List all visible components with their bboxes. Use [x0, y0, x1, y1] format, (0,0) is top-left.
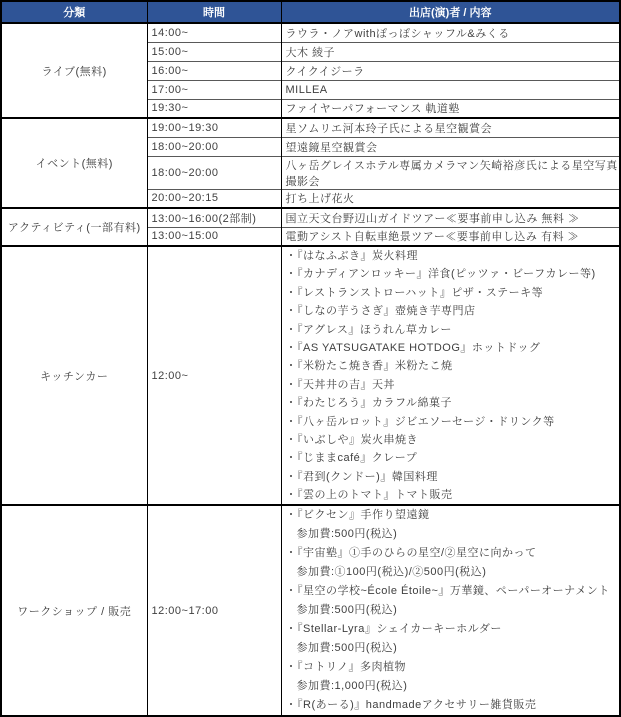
- item-line: ・『コトリノ』多肉植物: [286, 658, 620, 677]
- category-cell: ワークショップ / 販売: [1, 505, 147, 716]
- item-line: ・『Stellar-Lyra』シェイカーキーホルダー: [286, 620, 620, 639]
- time-cell: 12:00~: [147, 246, 281, 505]
- category-cell: イベント(無料): [1, 118, 147, 208]
- item-line: ・『しなの芋うさぎ』壺焼き芋専門店: [286, 302, 620, 320]
- content-cell: 大木 綾子: [281, 42, 620, 61]
- content-cell: 打ち上げ花火: [281, 189, 620, 208]
- category-cell: アクティビティ(一部有料): [1, 208, 147, 246]
- fee-line: 参加費:500円(税込): [286, 601, 620, 620]
- item-line: ・『カナディアンロッキー』洋食(ピッツァ・ビーフカレー等): [286, 265, 620, 283]
- time-cell: 18:00~20:00: [147, 137, 281, 156]
- table-header-row: 分類 時間 出店(演)者 / 内容: [1, 1, 620, 23]
- time-cell: 18:00~20:00: [147, 156, 281, 189]
- section: イベント(無料)19:00~19:30星ソムリエ河本玲子氏による星空観賞会18:…: [1, 118, 620, 208]
- table-row: ライブ(無料)14:00~ラウラ・ノアwithぽっぽシャッフル&みくる: [1, 23, 620, 42]
- item-line: ・『君到(クンドー)』韓国料理: [286, 468, 620, 486]
- time-cell: 14:00~: [147, 23, 281, 42]
- table-row: アクティビティ(一部有料)13:00~16:00(2部制)国立天文台野辺山ガイド…: [1, 208, 620, 227]
- item-line: ・『いぶしや』炭火串焼き: [286, 431, 620, 449]
- section: アクティビティ(一部有料)13:00~16:00(2部制)国立天文台野辺山ガイド…: [1, 208, 620, 246]
- content-cell: ファイヤーパフォーマンス 軌道塾: [281, 99, 620, 118]
- item-line: ・『星空の学校~École Étoile~』万華鏡、ペーパーオーナメント: [286, 582, 620, 601]
- table-row: キッチンカー12:00~・『はなふぶき』炭火料理・『カナディアンロッキー』洋食(…: [1, 246, 620, 505]
- item-line: ・『雲の上のトマト』トマト販売: [286, 486, 620, 504]
- schedule-table: 分類 時間 出店(演)者 / 内容 ライブ(無料)14:00~ラウラ・ノアwit…: [0, 0, 621, 717]
- content-cell: MILLEA: [281, 80, 620, 99]
- table-row: ワークショップ / 販売12:00~17:00・『ビクセン』手作り望遠鏡参加費:…: [1, 505, 620, 716]
- item-line: ・『天丼井の吉』天丼: [286, 376, 620, 394]
- header-category: 分類: [1, 1, 147, 23]
- item-line: ・『わたじろう』カラフル綿菓子: [286, 394, 620, 412]
- content-cell: 国立天文台野辺山ガイドツアー≪要事前申し込み 無料 ≫: [281, 208, 620, 227]
- header-time: 時間: [147, 1, 281, 23]
- category-cell: ライブ(無料): [1, 23, 147, 118]
- time-cell: 19:30~: [147, 99, 281, 118]
- fee-line: 参加費:500円(税込): [286, 639, 620, 658]
- category-cell: キッチンカー: [1, 246, 147, 505]
- time-cell: 15:00~: [147, 42, 281, 61]
- table-row: イベント(無料)19:00~19:30星ソムリエ河本玲子氏による星空観賞会: [1, 118, 620, 137]
- content-cell: 望遠鏡星空観賞会: [281, 137, 620, 156]
- item-line: ・『宇宙塾』①手のひらの星空/②星空に向かって: [286, 544, 620, 563]
- content-cell: 星ソムリエ河本玲子氏による星空観賞会: [281, 118, 620, 137]
- item-line: ・『八ヶ岳ルロット』ジビエソーセージ・ドリンク等: [286, 413, 620, 431]
- section: キッチンカー12:00~・『はなふぶき』炭火料理・『カナディアンロッキー』洋食(…: [1, 246, 620, 505]
- item-line: ・『アグレス』ほうれん草カレー: [286, 321, 620, 339]
- content-cell: ・『はなふぶき』炭火料理・『カナディアンロッキー』洋食(ピッツァ・ビーフカレー等…: [281, 246, 620, 505]
- item-line: ・『米粉たこ焼き香』米粉たこ焼: [286, 357, 620, 375]
- section: ライブ(無料)14:00~ラウラ・ノアwithぽっぽシャッフル&みくる15:00…: [1, 23, 620, 118]
- time-cell: 19:00~19:30: [147, 118, 281, 137]
- event-schedule-page: 分類 時間 出店(演)者 / 内容 ライブ(無料)14:00~ラウラ・ノアwit…: [0, 0, 621, 717]
- item-line: ・『レストランストローハット』ピザ・ステーキ等: [286, 284, 620, 302]
- time-cell: 20:00~20:15: [147, 189, 281, 208]
- fee-line: 参加費:1,000円(税込): [286, 677, 620, 696]
- item-line: ・『ビクセン』手作り望遠鏡: [286, 506, 620, 525]
- content-cell: 電動アシスト自転車絶景ツアー≪要事前申し込み 有料 ≫: [281, 227, 620, 246]
- item-line: ・『はなふぶき』炭火料理: [286, 247, 620, 265]
- time-cell: 12:00~17:00: [147, 505, 281, 716]
- content-cell: ラウラ・ノアwithぽっぽシャッフル&みくる: [281, 23, 620, 42]
- fee-line: 参加費:500円(税込): [286, 525, 620, 544]
- item-line: ・『じままcafé』クレープ: [286, 449, 620, 467]
- time-cell: 13:00~15:00: [147, 227, 281, 246]
- item-line: ・『R(あーる)』handmadeアクセサリー雑貨販売: [286, 696, 620, 715]
- content-cell: ・『ビクセン』手作り望遠鏡参加費:500円(税込)・『宇宙塾』①手のひらの星空/…: [281, 505, 620, 716]
- header-content: 出店(演)者 / 内容: [281, 1, 620, 23]
- time-cell: 13:00~16:00(2部制): [147, 208, 281, 227]
- section: ワークショップ / 販売12:00~17:00・『ビクセン』手作り望遠鏡参加費:…: [1, 505, 620, 716]
- content-cell: クイクイジーラ: [281, 61, 620, 80]
- item-line: ・『AS YATSUGATAKE HOTDOG』ホットドッグ: [286, 339, 620, 357]
- fee-line: 参加費:①100円(税込)/②500円(税込): [286, 563, 620, 582]
- time-cell: 16:00~: [147, 61, 281, 80]
- time-cell: 17:00~: [147, 80, 281, 99]
- content-cell: 八ヶ岳グレイスホテル専属カメラマン矢崎裕彦氏による星空写真撮影会: [281, 156, 620, 189]
